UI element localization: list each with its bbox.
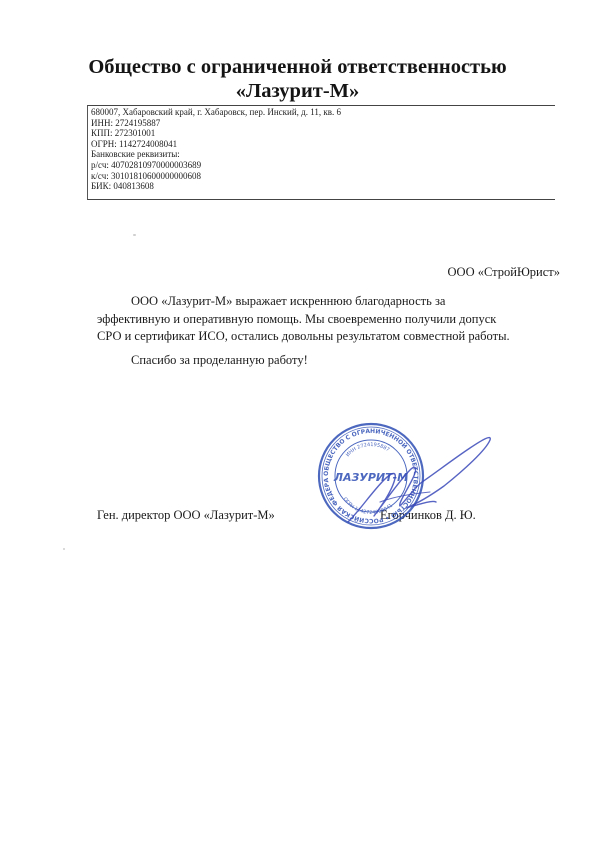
requisites-settlement-account: р/сч: 40702810970000003689 (91, 160, 555, 171)
letter-body: ООО «Лазурит-М» выражает искреннюю благо… (97, 293, 567, 369)
recipient: ООО «СтройЮрист» (448, 265, 560, 280)
letterhead-title: Общество с ограниченной ответственностью… (0, 55, 595, 103)
requisites-inn: ИНН: 2724195887 (91, 118, 555, 129)
requisites-box: 680007, Хабаровский край, г. Хабаровск, … (87, 105, 555, 200)
requisites-correspondent-account: к/сч: 30101810600000000608 (91, 171, 555, 182)
handwritten-signature-icon (340, 430, 500, 540)
body-line-3: СРО и сертификат ИСО, остались довольны … (97, 328, 567, 346)
requisites-bank-header: Банковские реквизиты: (91, 149, 555, 160)
requisites-address: 680007, Хабаровский край, г. Хабаровск, … (91, 107, 555, 118)
requisites-kpp: КПП: 272301001 (91, 128, 555, 139)
requisites-bik: БИК: 040813608 (91, 181, 555, 192)
signer-position: Ген. директор ООО «Лазурит-М» (97, 508, 275, 523)
scan-speck (133, 234, 136, 236)
scan-speck (63, 548, 65, 550)
body-thanks: Спасибо за проделанную работу! (97, 352, 567, 370)
requisites-ogrn: ОГРН: 1142724008041 (91, 139, 555, 150)
letterhead-company-name: «Лазурит-М» (0, 79, 595, 103)
letterhead-title-line1: Общество с ограниченной ответственностью (0, 55, 595, 79)
body-line-2: эффективную и оперативную помощь. Мы сво… (97, 311, 567, 329)
body-line-1: ООО «Лазурит-М» выражает искреннюю благо… (97, 293, 567, 311)
